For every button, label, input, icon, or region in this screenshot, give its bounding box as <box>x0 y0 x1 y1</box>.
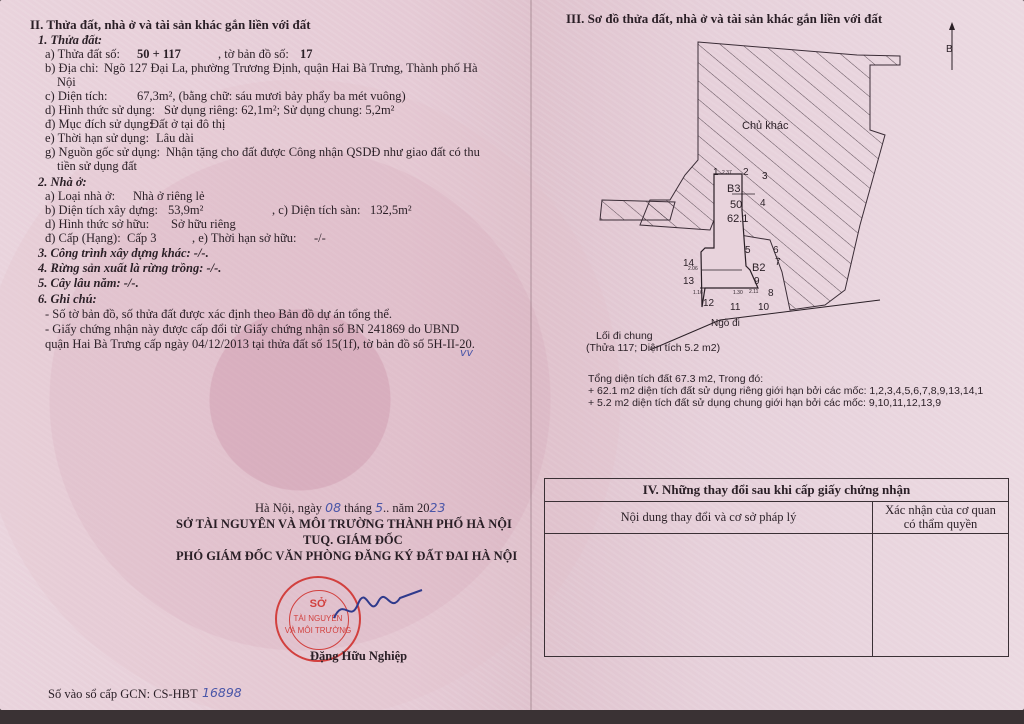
parcel-label: a) Thửa đất số: <box>45 47 120 61</box>
issuing-org: SỞ TÀI NGUYÊN VÀ MÔI TRƯỜNG THÀNH PHỐ HÀ… <box>176 517 512 531</box>
ownership-label: d) Hình thức sở hữu: <box>45 217 149 231</box>
date-line: Hà Nội, ngày 08 tháng 5.. năm 2023 <box>255 501 445 515</box>
floor-area-value: 132,5m² <box>370 203 412 217</box>
point-3: 3 <box>762 171 768 182</box>
point-5: 5 <box>745 245 751 256</box>
area-value: 67,3m², (bằng chữ: sáu mươi bảy phẩy ba … <box>137 89 406 103</box>
col-authority-confirm-2: có thẩm quyền <box>873 517 1008 531</box>
neighbor-label: Chủ khác <box>742 120 788 132</box>
house-type-value: Nhà ở riêng lẻ <box>133 189 205 203</box>
date-year-label: năm 20 <box>392 501 429 515</box>
date-month: 5 <box>375 500 383 515</box>
address-label: b) Địa chỉ: <box>45 61 98 75</box>
page-fold <box>530 0 532 710</box>
changes-table-header-row: Nội dung thay đổi và cơ sở pháp lý Xác n… <box>545 501 1008 534</box>
own-term-label: , e) Thời hạn sở hữu: <box>192 231 296 245</box>
date-day: 08 <box>325 500 341 515</box>
term-value: Lâu dài <box>156 131 194 145</box>
usage-form-value: Sử dụng riêng: 62,1m²; Sử dụng chung: 5,… <box>164 103 394 117</box>
area-label: c) Diện tích: <box>45 89 107 103</box>
dim-12-13: 1.16 <box>693 290 703 296</box>
point-9: 9 <box>754 276 760 287</box>
point-12: 12 <box>703 298 714 309</box>
build-area-label: b) Diện tích xây dựng: <box>45 203 158 217</box>
block-b3-label: B3 <box>727 183 740 195</box>
floor-area-label: , c) Diện tích sàn: <box>272 203 361 217</box>
build-area-value: 53,9m² <box>168 203 203 217</box>
registry-number: 16898 <box>202 686 242 700</box>
origin-line1: Nhận tặng cho đất được Công nhận QSDĐ nh… <box>166 145 480 159</box>
address-line1: Ngõ 127 Đại La, phường Trương Định, quận… <box>104 61 478 75</box>
signature-scribble <box>330 588 430 628</box>
term-label: e) Thời hạn sử dụng: <box>45 131 149 145</box>
col-change-content: Nội dung thay đổi và cơ sở pháp lý <box>545 510 872 524</box>
origin-line2: tiền sử dụng đất <box>57 159 137 173</box>
date-year-suffix: 23 <box>430 500 446 515</box>
common-path-detail: (Thửa 117; Diện tích 5.2 m2) <box>586 342 720 354</box>
purpose-value: Đất ở tại đô thị <box>150 117 225 131</box>
signer-title: PHÓ GIÁM ĐỐC VĂN PHÒNG ĐĂNG KÝ ĐẤT ĐAI H… <box>176 549 517 563</box>
point-10: 10 <box>758 302 769 313</box>
alley-label: Ngõ đi <box>711 318 740 329</box>
map-sheet-value: 17 <box>300 47 313 61</box>
point-2: 2 <box>743 167 749 178</box>
on-behalf: TUQ. GIÁM ĐỐC <box>303 533 403 547</box>
point-1: 1 <box>713 167 719 178</box>
house-type-label: a) Loại nhà ở: <box>45 189 115 203</box>
point-7: 7 <box>775 257 781 268</box>
usage-form-label: d) Hình thức sử dụng: <box>45 103 155 117</box>
col-authority-confirm-1: Xác nhận của cơ quan <box>873 503 1008 517</box>
address-line2: Nội <box>57 75 76 89</box>
signer-name: Đặng Hữu Nghiệp <box>310 649 407 663</box>
notes-line1: - Số tờ bản đồ, số thửa đất được xác địn… <box>45 307 392 321</box>
initials-mark: vv <box>460 346 473 360</box>
purpose-label: đ) Mục đích sử dụng: <box>45 117 152 131</box>
grade-value: Cấp 3 <box>127 231 157 245</box>
block-b2-label: B2 <box>752 262 765 274</box>
house-heading: 2. Nhà ở: <box>38 175 87 189</box>
point-4: 4 <box>760 198 766 209</box>
date-prefix: Hà Nội, ngày <box>255 501 322 515</box>
summary-line1: Tổng diện tích đất 67.3 m2, Trong đó: <box>588 373 763 385</box>
dim-1-2: 2.37 <box>722 170 732 176</box>
changes-table-title-row: IV. Những thay đổi sau khi cấp giấy chứn… <box>545 479 1008 502</box>
north-label: B <box>946 44 953 55</box>
origin-label: g) Nguồn gốc sử dụng: <box>45 145 160 159</box>
map-sheet-label: , tờ bản đồ số: <box>218 47 289 61</box>
point-8: 8 <box>768 288 774 299</box>
notes-line2: - Giấy chứng nhận này được cấp đổi từ Gi… <box>45 322 459 336</box>
own-term-value: -/- <box>314 231 326 245</box>
point-11: 11 <box>730 302 740 313</box>
parcel-area: 62.1 <box>727 213 748 225</box>
section-ii-title: II. Thửa đất, nhà ở và tài sản khác gắn … <box>30 18 311 32</box>
table-column-divider <box>872 501 873 656</box>
land-heading: 1. Thửa đất: <box>38 33 102 47</box>
dim-8-9: 2.11 <box>749 289 758 295</box>
dim-13-14: 2.06 <box>688 266 698 272</box>
grade-label: đ) Cấp (Hạng): <box>45 231 121 245</box>
point-6: 6 <box>773 245 779 256</box>
summary-line2: + 62.1 m2 diện tích đất sử dụng riêng gi… <box>588 385 983 397</box>
other-construction: 3. Công trình xây dựng khác: -/-. <box>38 246 209 260</box>
summary-line3: + 5.2 m2 diện tích đất sử dụng chung giớ… <box>588 397 941 409</box>
parcel-value: 50 + 117 <box>137 47 181 61</box>
point-13: 13 <box>683 276 694 287</box>
changes-table-title: IV. Những thay đổi sau khi cấp giấy chứn… <box>545 483 1008 497</box>
ownership-value: Sở hữu riêng <box>171 217 236 231</box>
changes-table: IV. Những thay đổi sau khi cấp giấy chứn… <box>544 478 1009 657</box>
date-month-label: tháng <box>344 501 372 515</box>
forest-line: 4. Rừng sản xuất là rừng trồng: -/-. <box>38 261 221 275</box>
parcel-number: 50 <box>730 199 742 211</box>
notes-heading: 6. Ghi chú: <box>38 292 97 306</box>
perennial-line: 5. Cây lâu năm: -/-. <box>38 276 139 290</box>
parcel-diagram <box>560 20 1000 350</box>
notes-line3: quận Hai Bà Trưng cấp ngày 04/12/2013 tạ… <box>45 337 475 351</box>
registry-label: Số vào sổ cấp GCN: CS-HBT <box>48 687 198 701</box>
dim-9-13: 1.30 <box>733 290 743 296</box>
common-path-label: Lối đi chung <box>596 330 653 342</box>
